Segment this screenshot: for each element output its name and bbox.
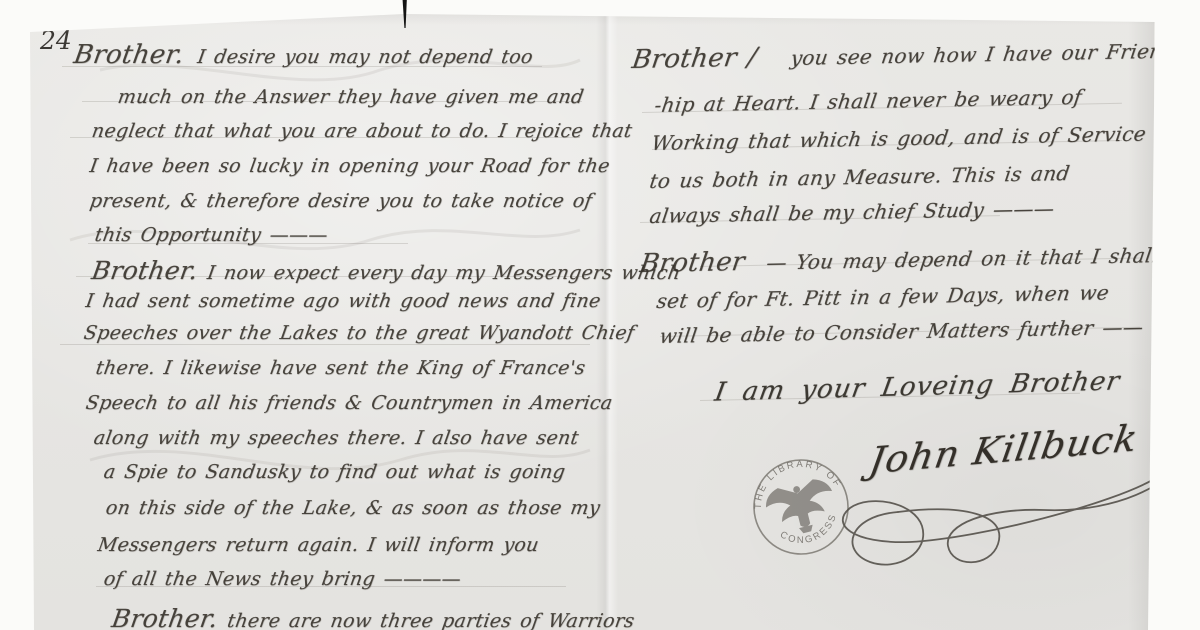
- manuscript-line: much on the Answer they have given me an…: [116, 86, 585, 108]
- manuscript-line: will be able to Consider Matters further…: [658, 315, 1145, 348]
- line-text: of all the News they bring ————: [102, 568, 463, 590]
- manuscript-line: Working that which is good, and is of Se…: [650, 122, 1148, 155]
- line-text: Messengers return again. I will inform y…: [96, 534, 540, 556]
- brother-salutation: Brother.: [90, 256, 200, 285]
- line-text: a Spie to Sandusky to find out what is g…: [102, 461, 567, 483]
- manuscript-line: of all the News they bring ————: [102, 568, 463, 590]
- line-text: neglect that what you are about to do. I…: [90, 120, 634, 142]
- page-number: 24: [40, 26, 72, 55]
- line-text: there are now three parties of Warriors: [226, 610, 636, 630]
- closing-line: I am your Loveing Brother: [712, 366, 1122, 407]
- line-text: much on the Answer they have given me an…: [116, 86, 585, 108]
- line-text: will be able to Consider Matters further…: [658, 315, 1145, 348]
- line-text: I have been so lucky in opening your Roa…: [88, 155, 611, 177]
- manuscript-line: Speeches over the Lakes to the great Wya…: [82, 322, 636, 344]
- line-text: -hip at Heart. I shall never be weary of: [653, 85, 1083, 117]
- manuscript-line: Brother /you see now how I have our Frie…: [630, 34, 1189, 75]
- manuscript-line: -hip at Heart. I shall never be weary of: [653, 85, 1083, 117]
- manuscript-scan: 24 Brother.I desire you may not depend t…: [0, 0, 1200, 630]
- manuscript-line: Speech to all his friends & Countrymen i…: [84, 392, 614, 414]
- manuscript-line: set of for Ft. Pitt in a few Days, when …: [655, 280, 1111, 313]
- manuscript-line: Brother.I now expect every day my Messen…: [90, 256, 683, 285]
- brother-salutation: Brother: [638, 247, 747, 279]
- paper-top-edge: [30, 13, 1156, 35]
- line-text: Speech to all his friends & Countrymen i…: [84, 392, 614, 414]
- line-text: I now expect every day my Messengers whi…: [206, 262, 682, 284]
- line-text: along with my speeches there. I also hav…: [92, 427, 580, 449]
- line-text: this Opportunity ———: [93, 224, 329, 246]
- line-text: you see now how I have our Friends: [789, 38, 1188, 70]
- line-text: present, & therefore desire you to take …: [88, 190, 594, 212]
- manuscript-line: along with my speeches there. I also hav…: [92, 427, 580, 449]
- manuscript-line: neglect that what you are about to do. I…: [90, 120, 634, 142]
- manuscript-line: I had sent sometime ago with good news a…: [84, 290, 602, 312]
- line-text: I had sent sometime ago with good news a…: [84, 290, 602, 312]
- paper: 24 Brother.I desire you may not depend t…: [0, 0, 1200, 630]
- manuscript-line: a Spie to Sandusky to find out what is g…: [102, 461, 567, 483]
- line-text: there. I likewise have sent the King of …: [94, 357, 587, 379]
- manuscript-line: I have been so lucky in opening your Roa…: [88, 155, 611, 177]
- line-text: to us both in any Measure. This is and: [648, 161, 1071, 193]
- manuscript-line: this Opportunity ———: [93, 224, 329, 246]
- brother-salutation: Brother.: [72, 40, 187, 70]
- signature-flourish: [812, 452, 1164, 612]
- line-text: Working that which is good, and is of Se…: [650, 122, 1148, 155]
- line-text: set of for Ft. Pitt in a few Days, when …: [655, 280, 1111, 313]
- manuscript-line: Brother— You may depend on it that I sha…: [638, 239, 1161, 279]
- line-text: on this side of the Lake, & as soon as t…: [104, 497, 601, 519]
- line-text: I desire you may not depend too: [196, 46, 535, 68]
- manuscript-line: there. I likewise have sent the King of …: [94, 357, 587, 379]
- brother-salutation: Brother /: [630, 43, 759, 75]
- line-text: Speeches over the Lakes to the great Wya…: [82, 322, 636, 344]
- manuscript-line: on this side of the Lake, & as soon as t…: [104, 497, 601, 519]
- manuscript-line: present, & therefore desire you to take …: [88, 190, 594, 212]
- manuscript-line: to us both in any Measure. This is and: [648, 161, 1071, 193]
- manuscript-line: Brother.there are now three parties of W…: [110, 604, 637, 630]
- line-text: — You may depend on it that I shall: [765, 243, 1160, 274]
- line-text: always shall be my chief Study ———: [648, 196, 1056, 228]
- manuscript-line: Brother.I desire you may not depend too: [72, 40, 536, 70]
- brother-salutation: Brother.: [110, 604, 220, 630]
- manuscript-line: always shall be my chief Study ———: [648, 196, 1056, 228]
- manuscript-line: Messengers return again. I will inform y…: [96, 534, 540, 556]
